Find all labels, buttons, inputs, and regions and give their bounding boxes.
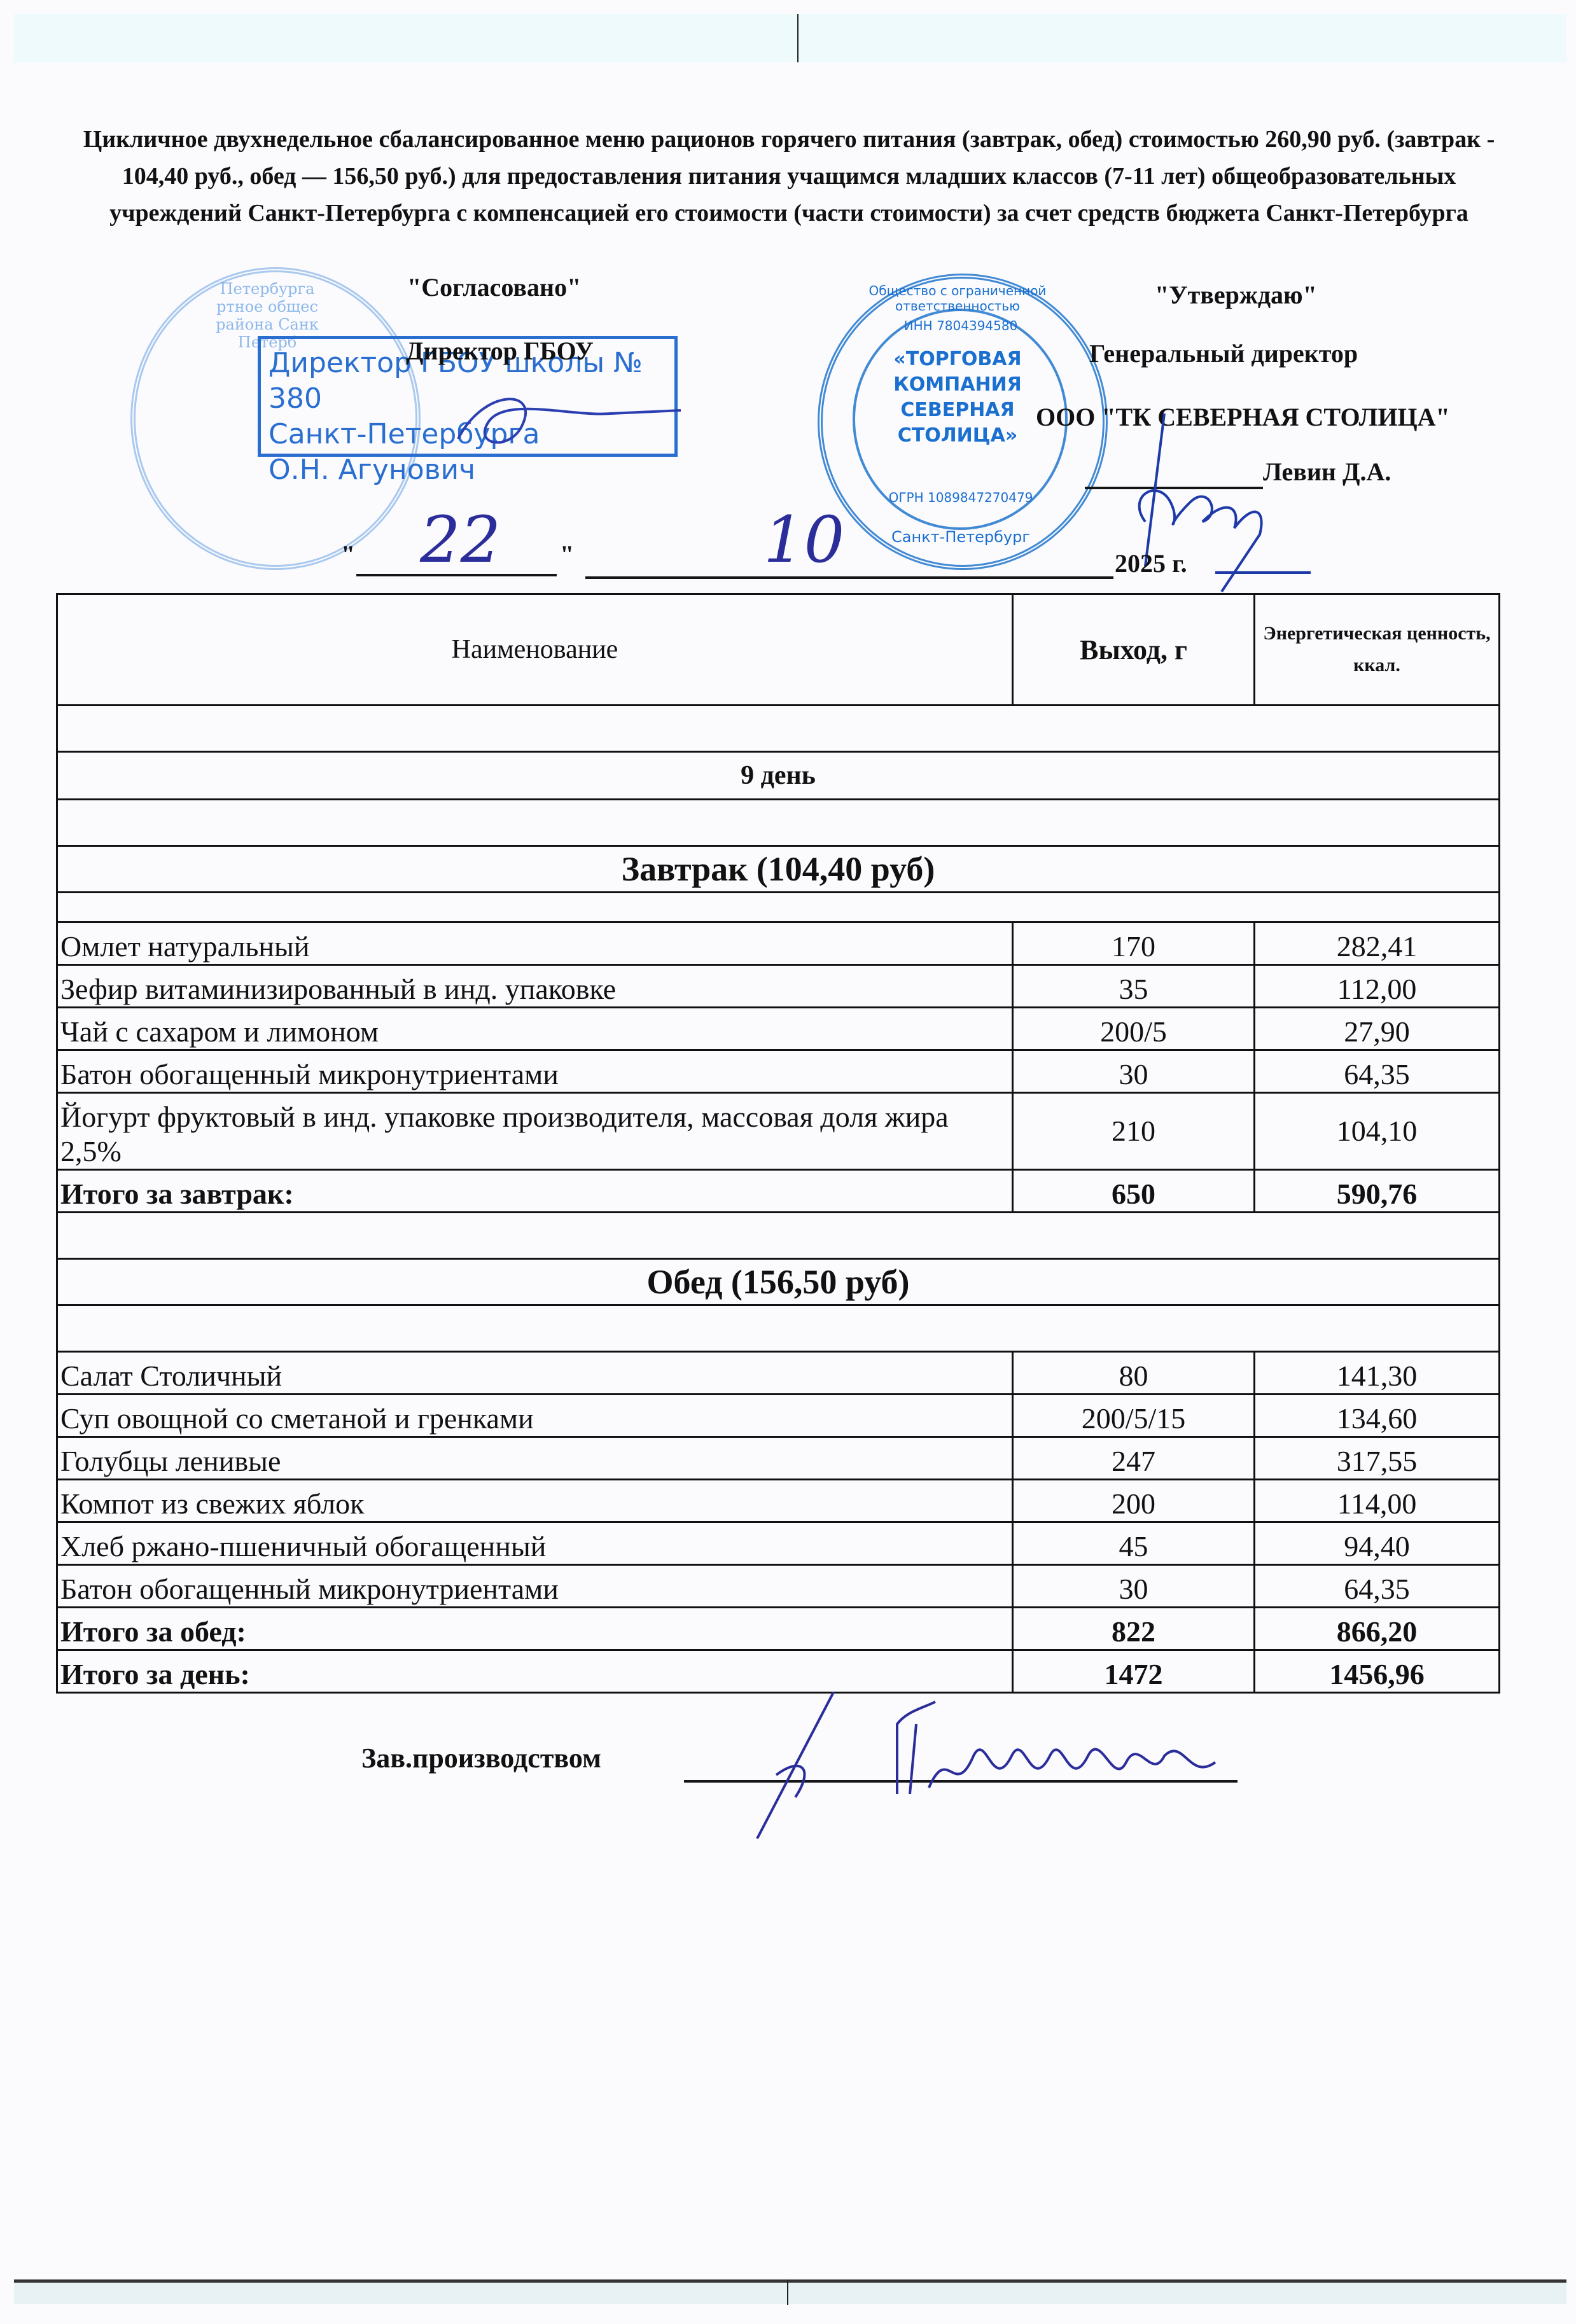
- approved-heading: "Утверждаю": [1155, 280, 1317, 310]
- table-row: Батон обогащенный микронутриентами 30 64…: [57, 1050, 1500, 1093]
- date-month-line: [585, 576, 1113, 579]
- production-manager-label: Зав.производством: [361, 1742, 601, 1774]
- company-stamp-ring-text: Общество с ограниченной ответственностью: [827, 283, 1088, 314]
- spacer-row: [57, 1213, 1500, 1259]
- header-energy: Энергетическая ценность, ккал.: [1255, 594, 1500, 706]
- item-energy: 27,90: [1255, 1008, 1500, 1050]
- item-energy: 317,55: [1255, 1437, 1500, 1480]
- total-yield: 822: [1013, 1608, 1255, 1650]
- item-name: Зефир витаминизированный в инд. упаковке: [57, 965, 1013, 1008]
- menu-table: Наименование Выход, г Энергетическая цен…: [56, 593, 1500, 1694]
- meal-title: Обед (156,50 руб): [57, 1259, 1500, 1305]
- header-name: Наименование: [57, 594, 1013, 706]
- total-energy: 590,76: [1255, 1170, 1500, 1213]
- date-year: 2025 г.: [1115, 548, 1187, 578]
- total-yield: 650: [1013, 1170, 1255, 1213]
- item-energy: 141,30: [1255, 1352, 1500, 1395]
- total-label: Итого за обед:: [57, 1608, 1013, 1650]
- total-label: Итого за завтрак:: [57, 1170, 1013, 1213]
- item-yield: 35: [1013, 965, 1255, 1008]
- table-header-row: Наименование Выход, г Энергетическая цен…: [57, 594, 1500, 706]
- production-manager-signature-icon: [744, 1686, 1304, 1851]
- spacer-row: [57, 893, 1500, 922]
- table-row: Хлеб ржано-пшеничный обогащенный 45 94,4…: [57, 1522, 1500, 1565]
- item-yield: 30: [1013, 1050, 1255, 1093]
- item-yield: 200/5: [1013, 1008, 1255, 1050]
- item-yield: 30: [1013, 1565, 1255, 1608]
- table-row: Голубцы ленивые 247 317,55: [57, 1437, 1500, 1480]
- item-yield: 45: [1013, 1522, 1255, 1565]
- scan-edge-top: [14, 14, 1566, 62]
- item-yield: 80: [1013, 1352, 1255, 1395]
- company-stamp-ogrn: ОГРН 1089847270479: [884, 490, 1037, 505]
- item-yield: 170: [1013, 922, 1255, 965]
- date-month: 10: [764, 503, 844, 577]
- item-name: Омлет натуральный: [57, 922, 1013, 965]
- item-energy: 64,35: [1255, 1565, 1500, 1608]
- item-energy: 64,35: [1255, 1050, 1500, 1093]
- document-title: Цикличное двухнедельное сбалансированное…: [70, 121, 1508, 232]
- item-yield: 200/5/15: [1013, 1395, 1255, 1437]
- item-energy: 114,00: [1255, 1480, 1500, 1522]
- date-open-quote: ": [341, 539, 355, 569]
- table-row: Батон обогащенный микронутриентами 30 64…: [57, 1565, 1500, 1608]
- spacer-row: [57, 1305, 1500, 1352]
- item-energy: 104,10: [1255, 1093, 1500, 1170]
- item-name: Батон обогащенный микронутриентами: [57, 1050, 1013, 1093]
- table-row: Омлет натуральный 170 282,41: [57, 922, 1500, 965]
- breakfast-total-row: Итого за завтрак: 650 590,76: [57, 1170, 1500, 1213]
- table-row: Суп овощной со сметаной и гренками 200/5…: [57, 1395, 1500, 1437]
- scan-fold-mark-bottom: [787, 2279, 788, 2305]
- spacer-row: [57, 706, 1500, 752]
- total-energy: 866,20: [1255, 1608, 1500, 1650]
- item-yield: 247: [1013, 1437, 1255, 1480]
- header-yield: Выход, г: [1013, 594, 1255, 706]
- scan-fold-mark-top: [797, 14, 798, 62]
- date-close-quote: ": [560, 539, 574, 569]
- meal-title: Завтрак (104,40 руб): [57, 846, 1500, 893]
- company-stamp-name: «ТОРГОВАЯ КОМПАНИЯ СЕВЕРНАЯ СТОЛИЦА»: [865, 347, 1050, 449]
- day-row: 9 день: [57, 752, 1500, 800]
- day-label: 9 день: [57, 752, 1500, 800]
- table-row: Компот из свежих яблок 200 114,00: [57, 1480, 1500, 1522]
- company-stamp-city: Санкт-Петербург: [891, 528, 1031, 546]
- table-row: Салат Столичный 80 141,30: [57, 1352, 1500, 1395]
- item-yield: 210: [1013, 1093, 1255, 1170]
- item-energy: 94,40: [1255, 1522, 1500, 1565]
- agreed-heading: "Согласовано": [407, 272, 581, 302]
- table-row: Йогурт фруктовый в инд. упаковке произво…: [57, 1093, 1500, 1170]
- item-name: Хлеб ржано-пшеничный обогащенный: [57, 1522, 1013, 1565]
- item-name: Суп овощной со сметаной и гренками: [57, 1395, 1013, 1437]
- spacer-row: [57, 800, 1500, 846]
- item-name: Йогурт фруктовый в инд. упаковке произво…: [57, 1093, 1013, 1170]
- approver-position: Генеральный директор: [1089, 338, 1358, 368]
- company-stamp-inn: ИНН 7804394580: [891, 318, 1031, 333]
- scan-edge-bottom: [14, 2279, 1566, 2304]
- item-yield: 200: [1013, 1480, 1255, 1522]
- meal-row-breakfast: Завтрак (104,40 руб): [57, 846, 1500, 893]
- director-signature-icon: [445, 382, 687, 458]
- item-name: Батон обогащенный микронутриентами: [57, 1565, 1013, 1608]
- agreed-position: Директор ГБОУ: [406, 336, 594, 366]
- item-energy: 112,00: [1255, 965, 1500, 1008]
- table-row: Чай с сахаром и лимоном 200/5 27,90: [57, 1008, 1500, 1050]
- table-row: Зефир витаминизированный в инд. упаковке…: [57, 965, 1500, 1008]
- meal-row-lunch: Обед (156,50 руб): [57, 1259, 1500, 1305]
- item-energy: 134,60: [1255, 1395, 1500, 1437]
- item-name: Салат Столичный: [57, 1352, 1013, 1395]
- item-name: Компот из свежих яблок: [57, 1480, 1013, 1522]
- item-name: Чай с сахаром и лимоном: [57, 1008, 1013, 1050]
- item-energy: 282,41: [1255, 922, 1500, 965]
- item-name: Голубцы ленивые: [57, 1437, 1013, 1480]
- lunch-total-row: Итого за обед: 822 866,20: [57, 1608, 1500, 1650]
- date-day: 22: [420, 503, 501, 577]
